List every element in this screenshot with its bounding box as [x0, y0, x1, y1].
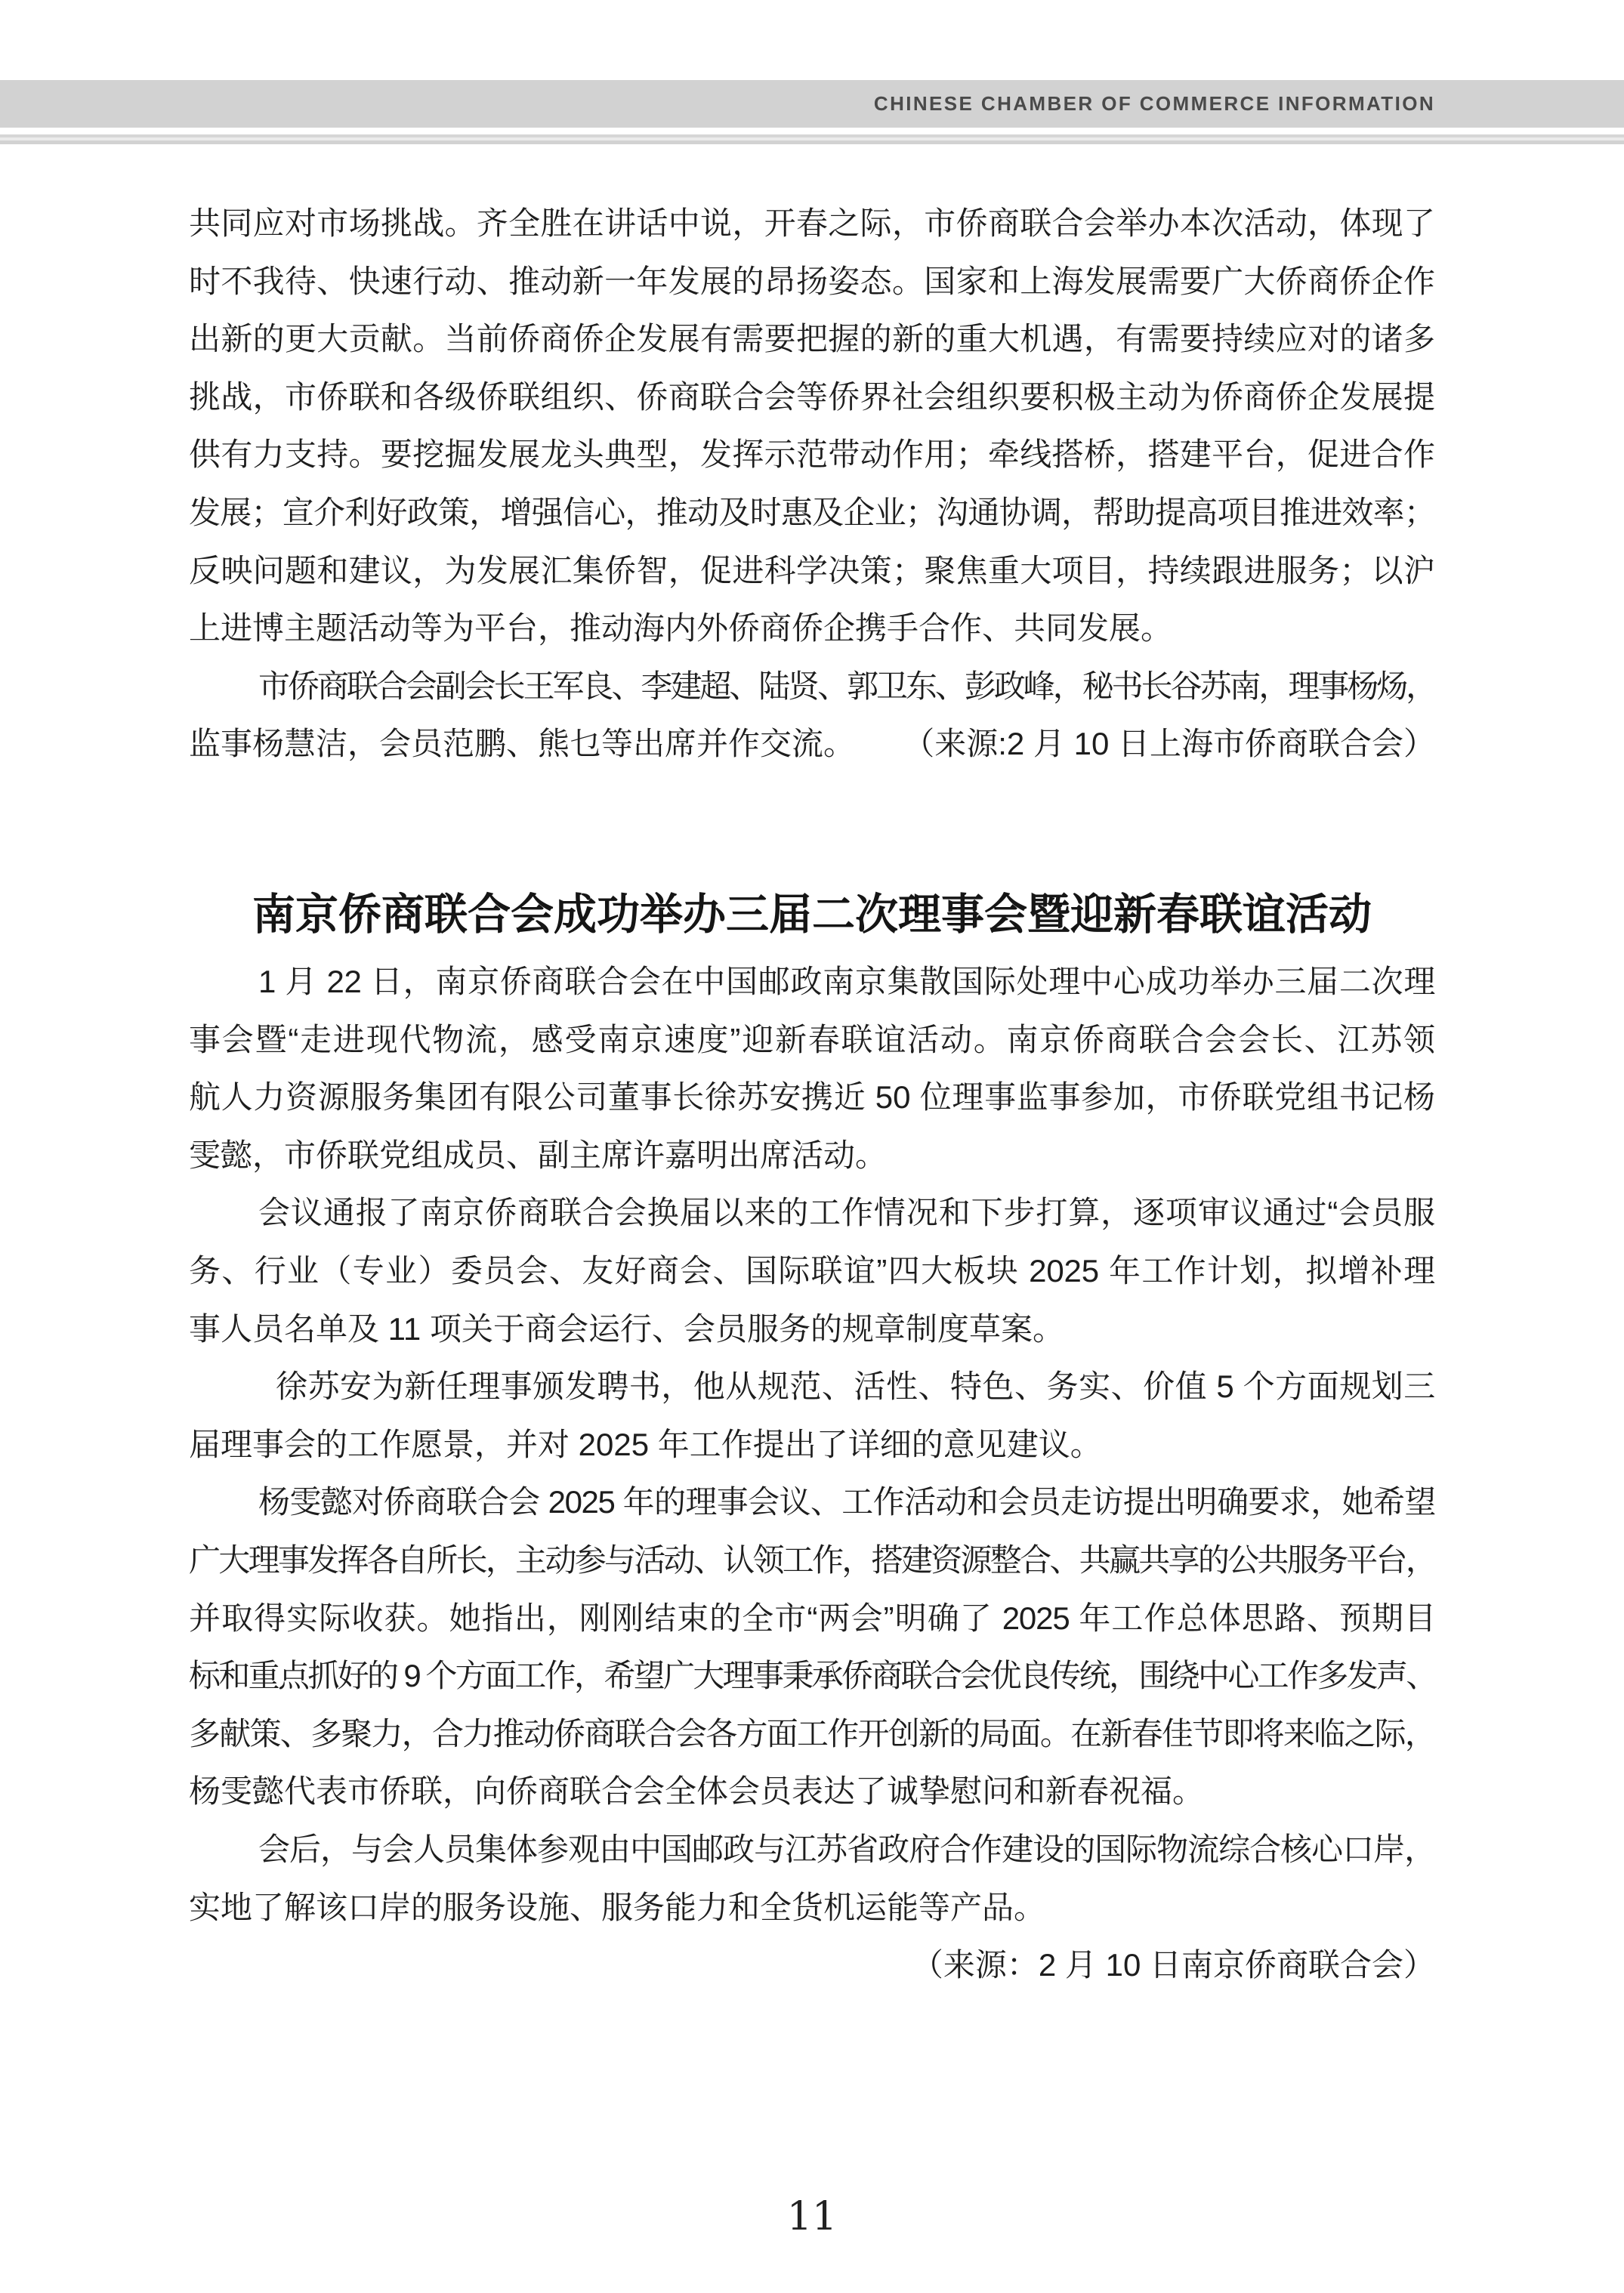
header-banner-title: CHINESE CHAMBER OF COMMERCE INFORMATION: [0, 80, 1624, 128]
text-line: 广大理事发挥各自所长，主动参与活动、认领工作，搭建资源整合、共赢共享的公共服务平…: [189, 1543, 1435, 1579]
line-text: 徐苏安为新任理事颁发聘书，他从规范、活性、特色、务实、价值 5 个方面规划三: [276, 1369, 1435, 1404]
text-line: 杨雯懿代表市侨联，向侨商联合会全体会员表达了诚挚慰问和新春祝福。: [189, 1774, 1435, 1810]
line-text: 务、行业（专业）委员会、友好商会、国际联谊”四大板块 2025 年工作计划，拟增…: [189, 1253, 1435, 1288]
text-line: 标和重点抓好的 9 个方面工作，希望广大理事秉承侨商联合会优良传统，围绕中心工作…: [189, 1659, 1435, 1695]
text-line: 共同应对市场挑战。齐全胜在讲话中说，开春之际，市侨商联合会举办本次活动，体现了: [189, 206, 1435, 242]
text-line: 挑战，市侨联和各级侨联组织、侨商联合会等侨界社会组织要积极主动为侨商侨企发展提: [189, 380, 1435, 416]
line-text: 挑战，市侨联和各级侨联组织、侨商联合会等侨界社会组织要积极主动为侨商侨企发展提: [189, 379, 1435, 415]
text-line: 事人员名单及 11 项关于商会运行、会员服务的规章制度草案。: [189, 1312, 1435, 1348]
line-text: 多献策、多聚力，合力推动侨商联合会各方面工作开创新的局面。在新春佳节即将来临之际…: [189, 1716, 1435, 1751]
text-line: 雯懿，市侨联党组成员、副主席许嘉明出席活动。: [189, 1138, 1435, 1174]
source-attribution: （来源:2 月 10 日上海市侨商联合会）: [903, 727, 1435, 763]
line-text: 雯懿，市侨联党组成员、副主席许嘉明出席活动。: [189, 1137, 887, 1173]
line-text: 会后，与会人员集体参观由中国邮政与江苏省政府合作建设的国际物流综合核心口岸，: [258, 1832, 1435, 1867]
line-text: 航人力资源服务集团有限公司董事长徐苏安携近 50 位理事监事参加，市侨联党组书记…: [189, 1079, 1435, 1115]
line-text: 广大理事发挥各自所长，主动参与活动、认领工作，搭建资源整合、共赢共享的公共服务平…: [189, 1542, 1435, 1578]
text-line: 发展；宣介利好政策，增强信心，推动及时惠及企业；沟通协调，帮助提高项目推进效率；: [189, 495, 1435, 532]
line-text: 监事杨慧洁，会员范鹏、熊乜等出席并作交流。: [189, 727, 855, 763]
text-line: 市侨商联合会副会长王军良、李建超、陆贤、郭卫东、彭政峰，秘书长谷苏南，理事杨炀，: [189, 669, 1435, 705]
text-line: 1 月 22 日，南京侨商联合会在中国邮政南京集散国际处理中心成功举办三届二次理: [189, 964, 1435, 1001]
text-line: 实地了解该口岸的服务设施、服务能力和全货机运能等产品。: [189, 1890, 1435, 1927]
text-line: 届理事会的工作愿景，并对 2025 年工作提出了详细的意见建议。: [189, 1427, 1435, 1464]
document-page: CHINESE CHAMBER OF COMMERCE INFORMATION …: [0, 0, 1624, 2293]
text-line: 并取得实际收获。她指出，刚刚结束的全市“两会”明确了 2025 年工作总体思路、…: [189, 1601, 1435, 1637]
line-text: 市侨商联合会副会长王军良、李建超、陆贤、郭卫东、彭政峰，秘书长谷苏南，理事杨炀，: [258, 668, 1435, 704]
text-line: 多献策、多聚力，合力推动侨商联合会各方面工作开创新的局面。在新春佳节即将来临之际…: [189, 1717, 1435, 1753]
line-text: 标和重点抓好的 9 个方面工作，希望广大理事秉承侨商联合会优良传统，围绕中心工作…: [189, 1658, 1435, 1693]
line-text: 实地了解该口岸的服务设施、服务能力和全货机运能等产品。: [189, 1890, 1045, 1925]
article-nanjing-title: 南京侨商联合会成功举办三届二次理事会暨迎新春联谊活动: [189, 890, 1435, 940]
line-text: 1 月 22 日，南京侨商联合会在中国邮政南京集散国际处理中心成功举办三届二次理: [258, 964, 1435, 999]
line-text: 会议通报了南京侨商联合会换届以来的工作情况和下步打算，逐项审议通过“会员服: [258, 1195, 1435, 1230]
text-line: 上进博主题活动等为平台，推动海内外侨商侨企携手合作、共同发展。: [189, 611, 1435, 647]
text-line: 出新的更大贡献。当前侨商侨企发展有需要把握的新的重大机遇，有需要持续应对的诸多: [189, 322, 1435, 358]
line-text: 杨雯懿代表市侨联，向侨商联合会全体会员表达了诚挚慰问和新春祝福。: [189, 1773, 1204, 1809]
line-text: 杨雯懿对侨商联合会 2025 年的理事会议、工作活动和会员走访提出明确要求，她希…: [258, 1484, 1435, 1520]
line-text: 事会暨“走进现代物流，感受南京速度”迎新春联谊活动。南京侨商联合会会长、江苏领: [189, 1022, 1435, 1057]
text-line: 供有力支持。要挖掘发展龙头典型，发挥示范带动作用；牵线搭桥，搭建平台，促进合作: [189, 437, 1435, 474]
text-line: 徐苏安为新任理事颁发聘书，他从规范、活性、特色、务实、价值 5 个方面规划三: [189, 1369, 1435, 1406]
text-line: 会后，与会人员集体参观由中国邮政与江苏省政府合作建设的国际物流综合核心口岸，: [189, 1832, 1435, 1869]
text-line: 监事杨慧洁，会员范鹏、熊乜等出席并作交流。（来源:2 月 10 日上海市侨商联合…: [189, 727, 1435, 763]
line-text: 事人员名单及 11 项关于商会运行、会员服务的规章制度草案。: [189, 1311, 1064, 1347]
text-line: 时不我待、快速行动、推动新一年发展的昂扬姿态。国家和上海发展需要广大侨商侨企作: [189, 264, 1435, 301]
text-line: （来源：2 月 10 日南京侨商联合会）: [189, 1948, 1435, 1984]
text-line: 反映问题和建议，为发展汇集侨智，促进科学决策；聚焦重大项目，持续跟进服务；以沪: [189, 554, 1435, 590]
source-attribution: （来源：2 月 10 日南京侨商联合会）: [912, 1948, 1435, 1983]
text-line: 杨雯懿对侨商联合会 2025 年的理事会议、工作活动和会员走访提出明确要求，她希…: [189, 1485, 1435, 1521]
line-text: 上进博主题活动等为平台，推动海内外侨商侨企携手合作、共同发展。: [189, 610, 1172, 646]
line-text: 反映问题和建议，为发展汇集侨智，促进科学决策；聚焦重大项目，持续跟进服务；以沪: [189, 553, 1435, 588]
line-text: 并取得实际收获。她指出，刚刚结束的全市“两会”明确了 2025 年工作总体思路、…: [189, 1600, 1435, 1636]
text-line: 航人力资源服务集团有限公司董事长徐苏安携近 50 位理事监事参加，市侨联党组书记…: [189, 1080, 1435, 1116]
line-text: 共同应对市场挑战。齐全胜在讲话中说，开春之际，市侨商联合会举办本次活动，体现了: [189, 205, 1435, 241]
text-line: 会议通报了南京侨商联合会换届以来的工作情况和下步打算，逐项审议通过“会员服: [189, 1196, 1435, 1232]
line-text: 发展；宣介利好政策，增强信心，推动及时惠及企业；沟通协调，帮助提高项目推进效率；: [189, 495, 1435, 530]
line-text: 供有力支持。要挖掘发展龙头典型，发挥示范带动作用；牵线搭桥，搭建平台，促进合作: [189, 437, 1435, 472]
line-text: 时不我待、快速行动、推动新一年发展的昂扬姿态。国家和上海发展需要广大侨商侨企作: [189, 264, 1435, 299]
header-accent-bar: [0, 134, 1624, 144]
line-text: 出新的更大贡献。当前侨商侨企发展有需要把握的新的重大机遇，有需要持续应对的诸多: [189, 321, 1435, 356]
page-number: 11: [0, 2194, 1624, 2239]
text-line: 务、行业（专业）委员会、友好商会、国际联谊”四大板块 2025 年工作计划，拟增…: [189, 1254, 1435, 1290]
text-line: 事会暨“走进现代物流，感受南京速度”迎新春联谊活动。南京侨商联合会会长、江苏领: [189, 1023, 1435, 1059]
line-text: 届理事会的工作愿景，并对 2025 年工作提出了详细的意见建议。: [189, 1427, 1102, 1462]
